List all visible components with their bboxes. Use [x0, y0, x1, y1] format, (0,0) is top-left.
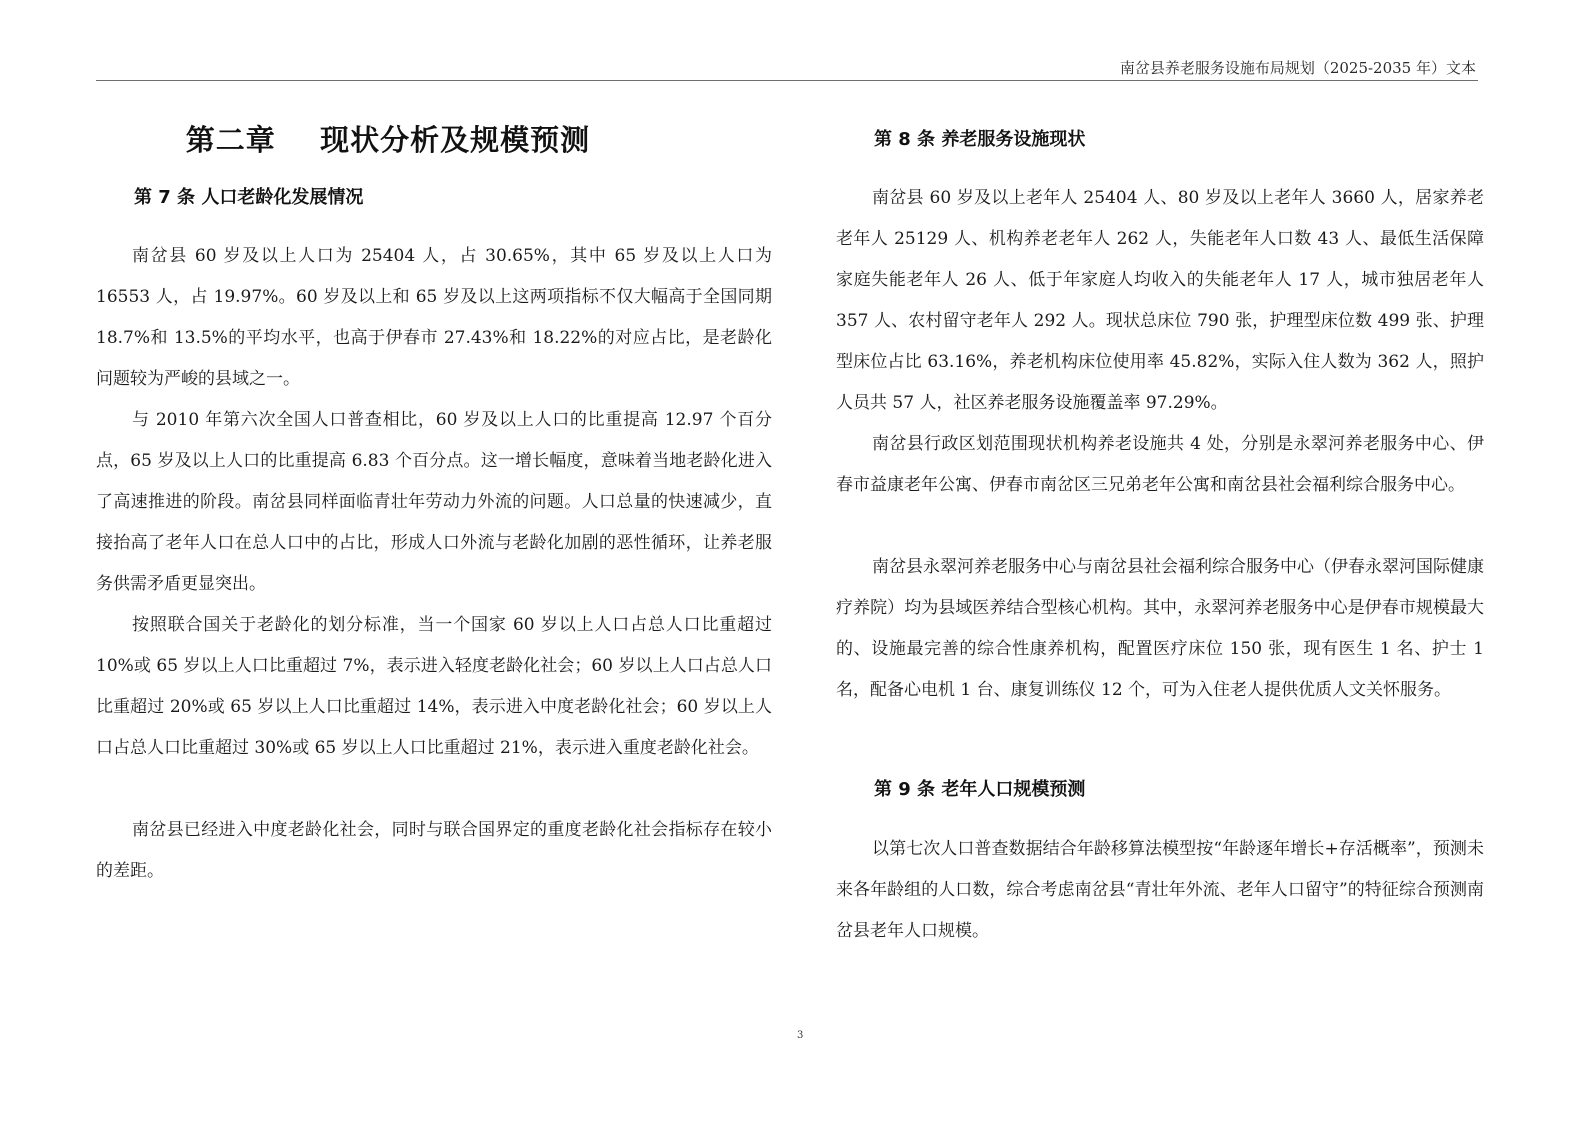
- page-number: 3: [797, 1030, 803, 1042]
- article-9-paragraph-1: 以第七次人口普查数据结合年龄移算法模型按“年龄逐年增长+存活概率”，预测未来各年…: [836, 829, 1484, 952]
- article-8-heading: 第 8 条 养老服务设施现状: [874, 127, 1085, 153]
- article-7-paragraph-3: 按照联合国关于老龄化的划分标准，当一个国家 60 岁以上人口占总人口比重超过 1…: [96, 605, 772, 769]
- article-7-paragraph-2: 与 2010 年第六次全国人口普查相比，60 岁及以上人口的比重提高 12.97…: [96, 400, 772, 605]
- article-7-paragraph-4: 南岔县已经进入中度老龄化社会，同时与联合国界定的重度老龄化社会指标存在较小的差距…: [96, 810, 772, 892]
- article-8-paragraph-2: 南岔县行政区划范围现状机构养老设施共 4 处，分别是永翠河养老服务中心、伊春市益…: [836, 424, 1484, 506]
- document-title: 南岔县养老服务设施布局规划（2025-2035 年）文本: [1120, 58, 1476, 78]
- page-header: 南岔县养老服务设施布局规划（2025-2035 年）文本: [96, 58, 1478, 81]
- article-7-paragraph-1: 南岔县 60 岁及以上人口为 25404 人，占 30.65%，其中 65 岁及…: [96, 236, 772, 400]
- article-8-paragraph-1: 南岔县 60 岁及以上老年人 25404 人、80 岁及以上老年人 3660 人…: [836, 178, 1484, 424]
- article-9-heading: 第 9 条 老年人口规模预测: [874, 777, 1085, 803]
- article-7-heading: 第 7 条 人口老龄化发展情况: [134, 185, 363, 211]
- chapter-title: 第二章 现状分析及规模预测: [150, 118, 626, 162]
- article-8-paragraph-3: 南岔县永翠河养老服务中心与南岔县社会福利综合服务中心（伊春永翠河国际健康疗养院）…: [836, 547, 1484, 711]
